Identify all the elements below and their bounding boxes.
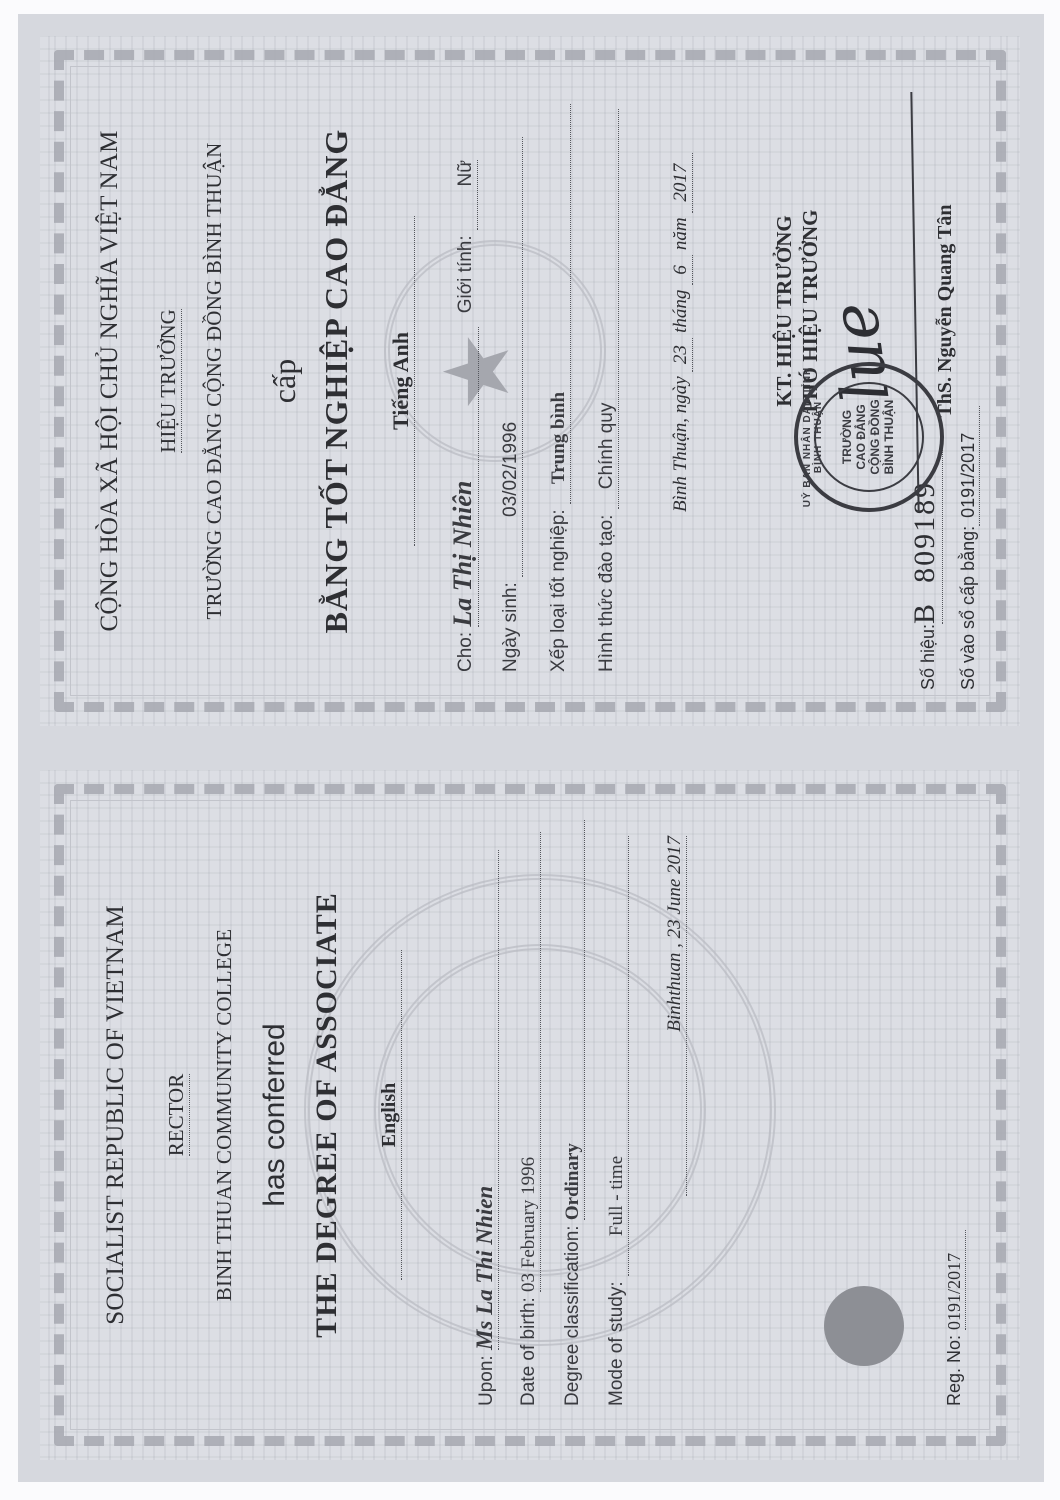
institution-name: TRƯỜNG CAO ĐẲNG CỘNG ĐỒNG BÌNH THUẬN — [202, 50, 227, 712]
dob-field: Ngày sinh: 03/02/1996 — [500, 137, 523, 672]
scanned-page: ★ CỘNG HÒA XÃ HỘI CHỦ NGHĨA VIỆT NAM HIỆ… — [18, 14, 1044, 1482]
classification-field: Degree classification: Ordinary — [562, 820, 585, 1406]
institution-name: BINH THUAN COMMUNITY COLLEGE — [212, 784, 237, 1446]
recipient-field: Cho: La Thị Nhiên Giới tính: Nữ — [448, 52, 479, 672]
signatory-block: KT. HIỆU TRƯỞNG PHÓ HIỆU TRƯỞNG lue ThS.… — [734, 50, 1024, 712]
conferral-verb: has conferred — [258, 784, 292, 1446]
reg-number: Reg. No: 0191/2017 — [944, 1230, 966, 1406]
mode-field: Mode of study: Full - time — [606, 836, 629, 1406]
official-stamp: UỶ BAN NHÂN DÂN TỈNH BÌNH THUẬN TRƯỜNG C… — [794, 362, 944, 512]
conferral-verb: cấp — [266, 50, 303, 712]
vietnamese-side: ★ CỘNG HÒA XÃ HỘI CHỦ NGHĨA VIỆT NAM HIỆ… — [18, 14, 1044, 748]
certificate-panel-en: SOCIALIST REPUBLIC OF VIETNAM RECTOR BIN… — [40, 770, 1020, 1460]
degree-title: BẰNG TỐT NGHIỆP CAO ĐẲNG — [318, 50, 355, 712]
signatory-title-1: KT. HIỆU TRƯỞNG — [772, 110, 797, 512]
recipient-field: Upon: Ms La Thi Nhien — [472, 850, 499, 1406]
reg-block: Reg. No: 0191/2017 — [734, 784, 1024, 1446]
place-date: Bình Thuận, ngày 23 tháng 6 năm 2017 — [670, 153, 693, 512]
major: Tiếng Anh — [388, 50, 415, 712]
issuer-title: HIỆU TRƯỞNG — [156, 50, 182, 712]
major: English — [378, 784, 402, 1446]
certificate-panel-vi: ★ CỘNG HÒA XÃ HỘI CHỦ NGHĨA VIỆT NAM HIỆ… — [40, 36, 1020, 726]
register-number: Số vào sổ cấp bằng:0191/2017 — [958, 406, 980, 690]
mode-field: Hình thức đào tạo: Chính quy — [596, 109, 619, 672]
country-title: CỘNG HÒA XÃ HỘI CHỦ NGHĨA VIỆT NAM — [96, 50, 124, 712]
english-side: SOCIALIST REPUBLIC OF VIETNAM RECTOR BIN… — [18, 748, 1044, 1482]
place-date: Binhthuan , 23 June 2017 — [664, 836, 687, 1196]
degree-title: THE DEGREE OF ASSOCIATE — [310, 784, 344, 1446]
dob-field: Date of birth: 03 February 1996 — [518, 832, 541, 1406]
photo-seal-dot — [824, 1286, 904, 1366]
issuer-title: RECTOR — [164, 784, 190, 1446]
country-title: SOCIALIST REPUBLIC OF VIETNAM — [102, 784, 130, 1446]
classification-field: Xếp loại tốt nghiệp: Trung bình — [548, 104, 571, 672]
